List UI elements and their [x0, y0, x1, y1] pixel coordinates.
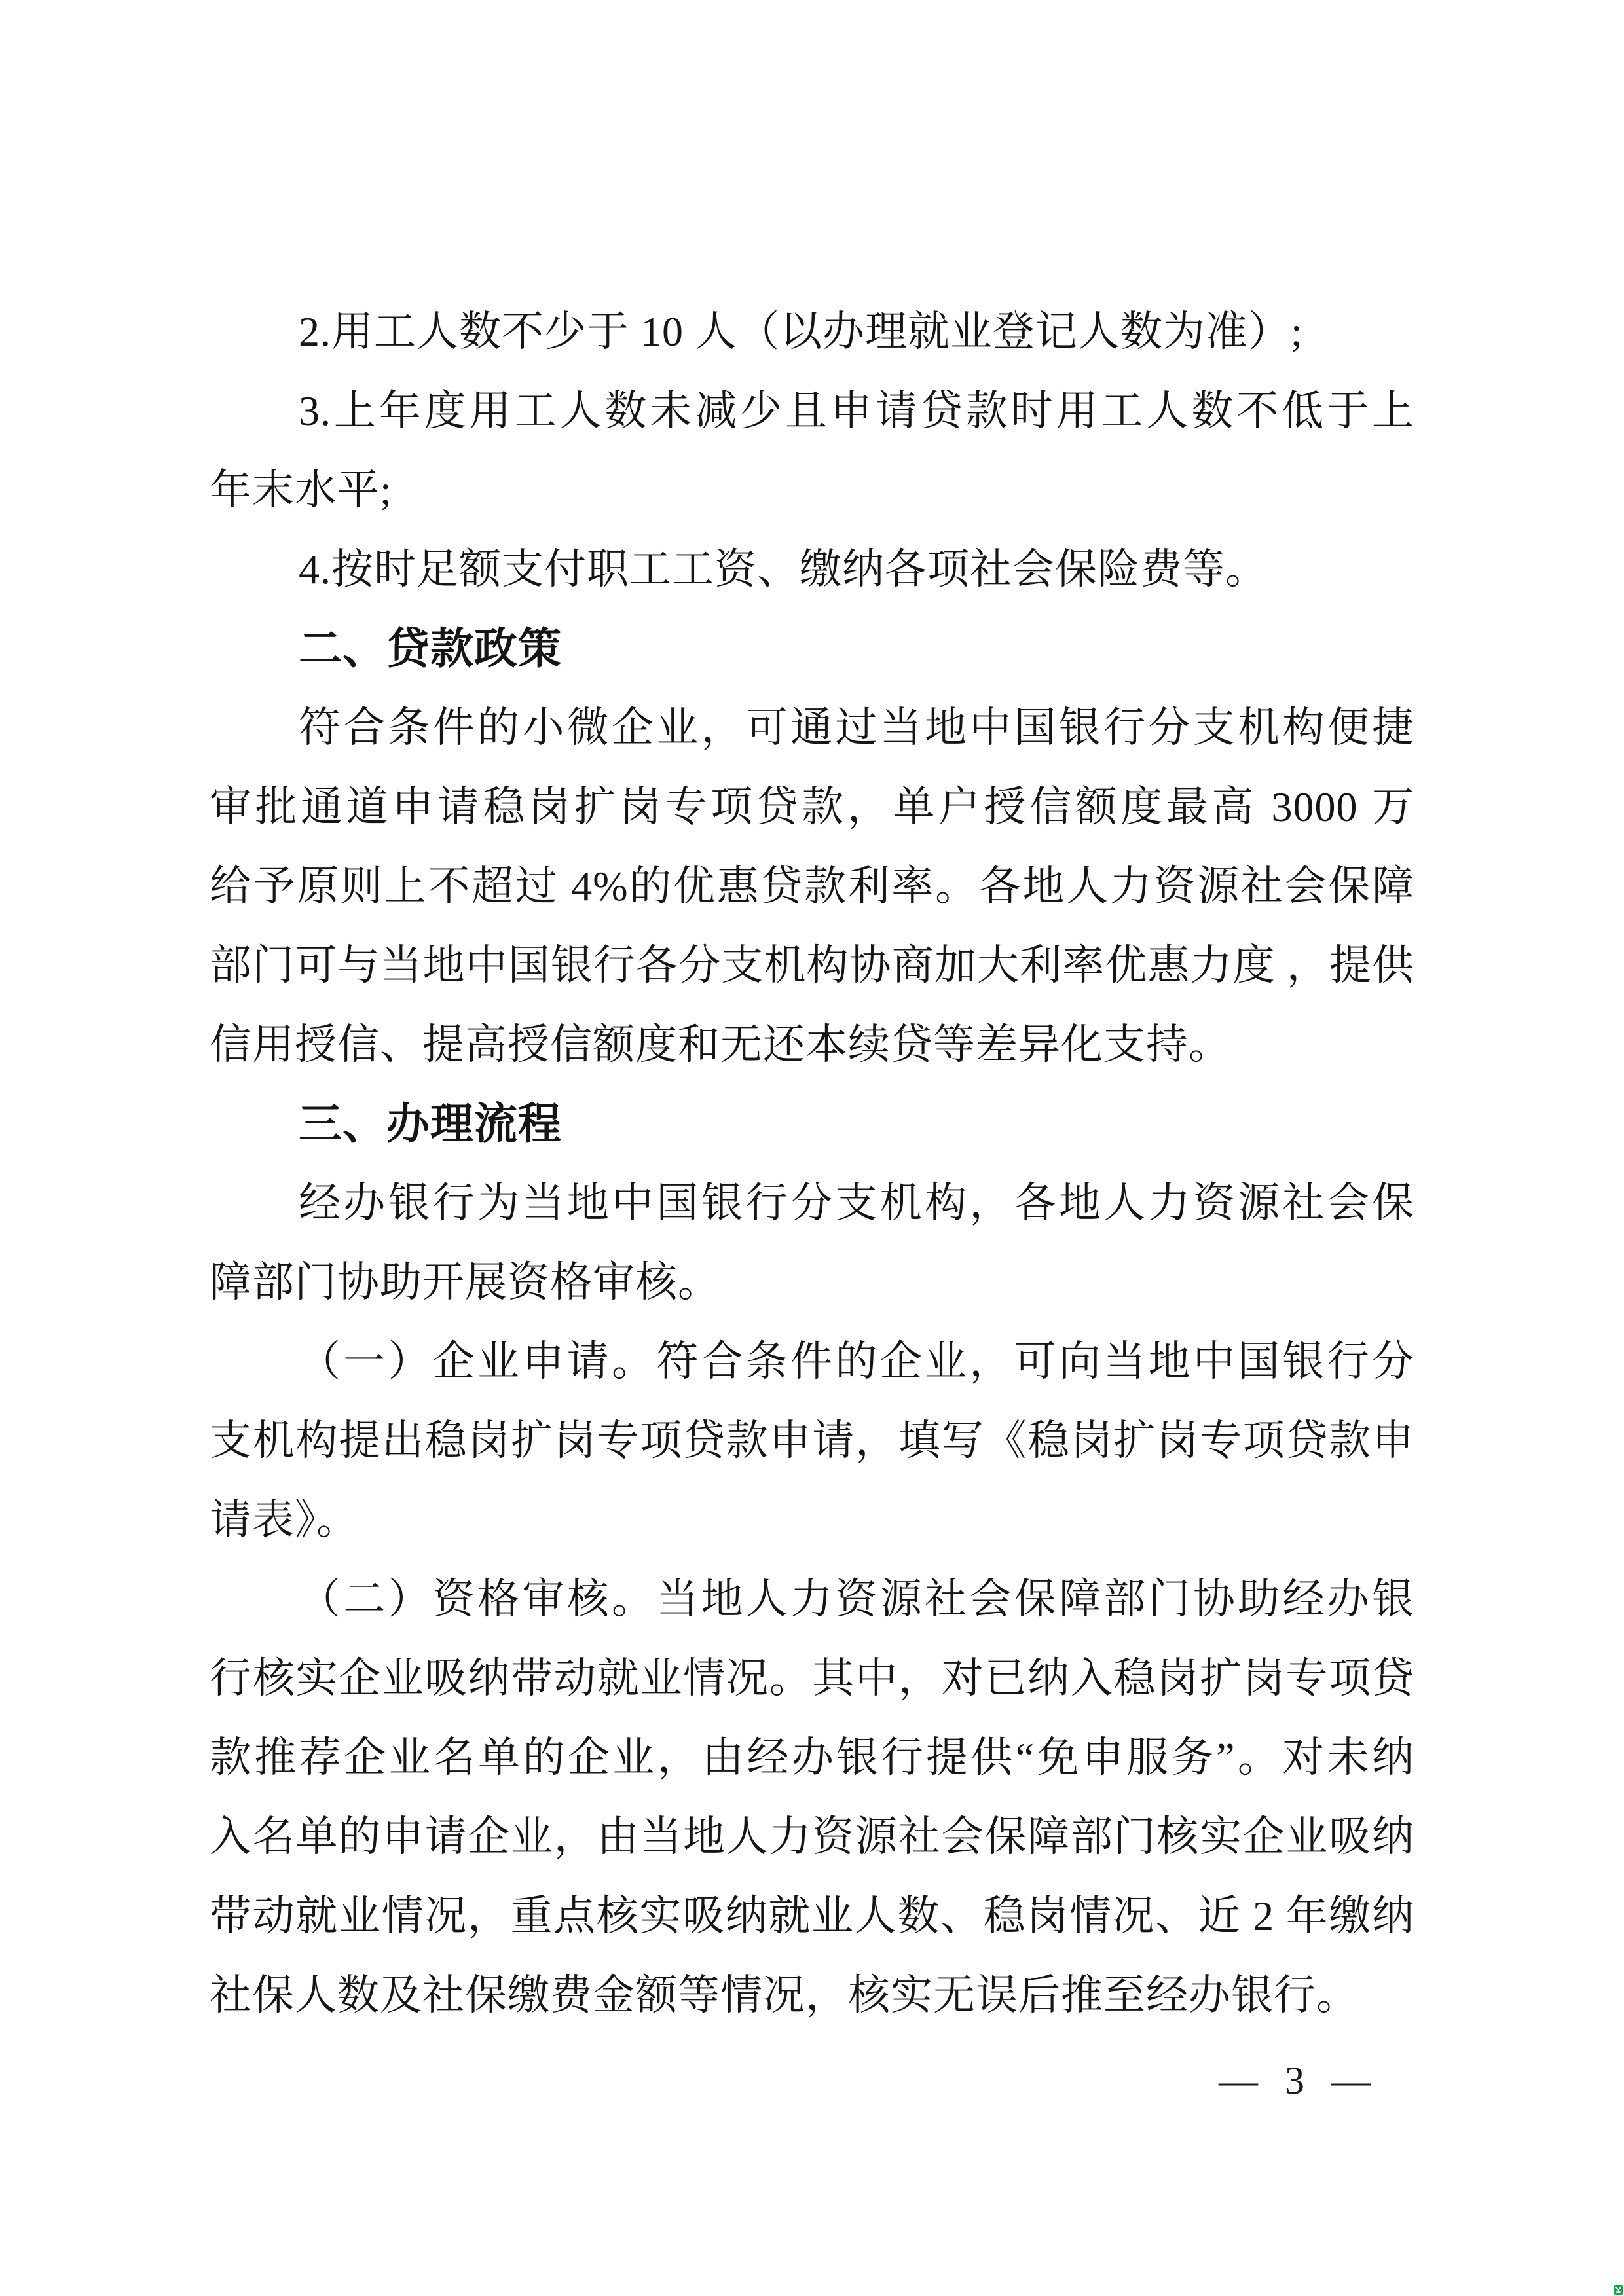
doc-line: 支机构提出稳岗扩岗专项贷款申请，填写《稳岗扩岗专项贷款申 — [210, 1401, 1414, 1480]
doc-line: 款推荐企业名单的企业，由经办银行提供“免申服务”。对未纳 — [210, 1718, 1414, 1797]
doc-line: 障部门协助开展资格审核。 — [210, 1243, 1414, 1322]
doc-line: 请表》。 — [210, 1480, 1414, 1559]
doc-line: 带动就业情况，重点核实吸纳就业人数、稳岗情况、近 2 年缴纳 — [210, 1876, 1414, 1956]
document-page: 2.用工人数不少于 10 人（以办理就业登记人数为准）; 3.上年度用工人数未减… — [0, 0, 1624, 2296]
doc-line: 部门可与当地中国银行各分支机构协商加大利率优惠力度 ，提供 — [210, 926, 1414, 1005]
doc-line: 2.用工人数不少于 10 人（以办理就业登记人数为准）; — [210, 292, 1414, 371]
doc-line: 信用授信、提高授信额度和无还本续贷等差异化支持。 — [210, 1005, 1414, 1084]
document-body: 2.用工人数不少于 10 人（以办理就业登记人数为准）; 3.上年度用工人数未减… — [210, 292, 1414, 2035]
doc-line: 年末水平; — [210, 450, 1414, 530]
doc-line: 经办银行为当地中国银行分支机构，各地人力资源社会保 — [210, 1163, 1414, 1243]
doc-line: 4.按时足额支付职工工资、缴纳各项社会保险费等。 — [210, 530, 1414, 609]
scroll-down-badge[interactable] — [1614, 2285, 1623, 2295]
doc-line: 审批通道申请稳岗扩岗专项贷款，单户授信额度最高 3000 万元， — [210, 767, 1414, 847]
doc-line: （一）企业申请。符合条件的企业，可向当地中国银行分 — [210, 1322, 1414, 1401]
doc-line: 入名单的申请企业，由当地人力资源社会保障部门核实企业吸纳 — [210, 1797, 1414, 1876]
section-heading: 二、贷款政策 — [210, 609, 1414, 688]
doc-line: （二）资格审核。当地人力资源社会保障部门协助经办银 — [210, 1559, 1414, 1639]
chevron-down-icon — [1615, 2286, 1622, 2293]
doc-line: 行核实企业吸纳带动就业情况。其中，对已纳入稳岗扩岗专项贷 — [210, 1639, 1414, 1718]
doc-line: 3.上年度用工人数未减少且申请贷款时用工人数不低于上 — [210, 371, 1414, 450]
doc-line: 社保人数及社保缴费金额等情况，核实无误后推至经办银行。 — [210, 1956, 1414, 2035]
doc-line: 给予原则上不超过 4%的优惠贷款利率。各地人力资源社会保障 — [210, 847, 1414, 926]
section-heading: 三、办理流程 — [210, 1084, 1414, 1163]
page-number: — 3 — — [210, 2041, 1414, 2121]
doc-line: 符合条件的小微企业，可通过当地中国银行分支机构便捷 — [210, 688, 1414, 767]
